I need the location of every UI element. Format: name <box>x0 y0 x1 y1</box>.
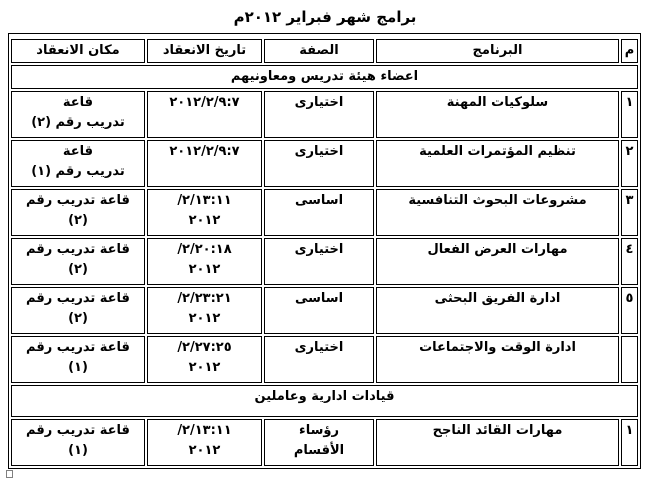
program-text: تنظيم المؤتمرات العلمية <box>379 142 616 162</box>
header-cell-program: البرنامج <box>376 39 619 63</box>
program-cell: مهارات العرض الفعال <box>376 238 619 285</box>
type-text: اختيارى <box>267 338 371 358</box>
num-text: ٣ <box>624 191 635 211</box>
table-row: ١ سلوكيات المهنة اختيارى ٢٠١٢/٢/٩:٧ قاعة… <box>11 91 638 138</box>
date-cell: ٢٠١٢/٢/٩:٧ <box>147 91 262 138</box>
place-text-line2: تدريب رقم (١) <box>14 162 142 182</box>
date-cell: /٢/١٣:١١٢٠١٢ <box>147 419 262 466</box>
type-text: اختيارى <box>267 93 371 113</box>
date-text: /٢/٢٧:٢٥ <box>150 338 259 358</box>
table-row: ادارة الوقت والاجتماعات اختيارى /٢/٢٧:٢٥… <box>11 336 638 383</box>
date-cell: ٢٠١٢/٢/٩:٧ <box>147 140 262 187</box>
date-text: /٢/٢٠:١٨ <box>150 240 259 260</box>
type-text: اساسى <box>267 289 371 309</box>
program-cell: تنظيم المؤتمرات العلمية <box>376 140 619 187</box>
place-cell: قاعة تدريب رقم(١) <box>11 419 145 466</box>
num-text: ١ <box>624 93 635 113</box>
type-text: اختيارى <box>267 142 371 162</box>
section-faculty-label: اعضاء هيئة تدريس ومعاونيهم <box>14 67 635 87</box>
date-text-line2: ٢٠١٢ <box>150 211 259 231</box>
num-cell: ١ <box>621 419 638 466</box>
header-row: م البرنامج الصفة تاريخ الانعقاد مكان الا… <box>11 39 638 63</box>
date-cell: /٢/٢٧:٢٥٢٠١٢ <box>147 336 262 383</box>
num-cell: ٢ <box>621 140 638 187</box>
header-cell-num: م <box>621 39 638 63</box>
program-text: مهارات القائد الناجح <box>379 421 616 441</box>
table-row: ٥ ادارة الفريق البحثى اساسى /٢/٢٣:٢١٢٠١٢… <box>11 287 638 334</box>
table-row: ٣ مشروعات البحوث التنافسية اساسى /٢/١٣:١… <box>11 189 638 236</box>
program-text: ادارة الفريق البحثى <box>379 289 616 309</box>
type-text-line2: الأقسام <box>267 441 371 461</box>
program-text: سلوكيات المهنة <box>379 93 616 113</box>
place-text: قاعة تدريب رقم <box>14 289 142 309</box>
header-program-label: البرنامج <box>379 41 616 61</box>
num-cell: ١ <box>621 91 638 138</box>
type-text: اساسى <box>267 191 371 211</box>
type-cell: اختيارى <box>264 91 374 138</box>
section-row-faculty: اعضاء هيئة تدريس ومعاونيهم <box>11 65 638 89</box>
programs-table-frame: م البرنامج الصفة تاريخ الانعقاد مكان الا… <box>8 33 641 469</box>
place-text-line2: (١) <box>14 358 142 378</box>
place-text: قاعة تدريب رقم <box>14 191 142 211</box>
type-cell: اساسى <box>264 287 374 334</box>
type-text: رؤساء <box>267 421 371 441</box>
place-text: قاعة تدريب رقم <box>14 421 142 441</box>
place-cell: قاعةتدريب رقم (٢) <box>11 91 145 138</box>
place-cell: قاعة تدريب رقم(١) <box>11 336 145 383</box>
header-type-label: الصفة <box>267 41 371 61</box>
place-cell: قاعة تدريب رقم(٢) <box>11 287 145 334</box>
section-faculty-cell: اعضاء هيئة تدريس ومعاونيهم <box>11 65 638 89</box>
section-admin-label: قيادات ادارية وعاملين <box>14 387 635 407</box>
table-row: ٤ مهارات العرض الفعال اختيارى /٢/٢٠:١٨٢٠… <box>11 238 638 285</box>
date-cell: /٢/١٣:١١٢٠١٢ <box>147 189 262 236</box>
place-cell: قاعة تدريب رقم(٢) <box>11 189 145 236</box>
date-text: ٢٠١٢/٢/٩:٧ <box>150 142 259 162</box>
program-text: ادارة الوقت والاجتماعات <box>379 338 616 358</box>
num-text: ٤ <box>624 240 635 260</box>
date-text-line2: ٢٠١٢ <box>150 260 259 280</box>
num-text: ١ <box>624 421 635 441</box>
num-text: ٢ <box>624 142 635 162</box>
date-text: /٢/١٣:١١ <box>150 191 259 211</box>
page-title: برامج شهر فبراير ٢٠١٢م <box>0 7 650 27</box>
place-text: قاعة <box>14 93 142 113</box>
section-admin-cell: قيادات ادارية وعاملين <box>11 385 638 417</box>
program-cell: ادارة الوقت والاجتماعات <box>376 336 619 383</box>
program-cell: ادارة الفريق البحثى <box>376 287 619 334</box>
date-text-line2: ٢٠١٢ <box>150 441 259 461</box>
type-cell: اختيارى <box>264 336 374 383</box>
type-cell: اختيارى <box>264 140 374 187</box>
place-text: قاعة تدريب رقم <box>14 240 142 260</box>
place-cell: قاعةتدريب رقم (١) <box>11 140 145 187</box>
date-text-line2: ٢٠١٢ <box>150 309 259 329</box>
num-cell: ٣ <box>621 189 638 236</box>
type-cell: رؤساءالأقسام <box>264 419 374 466</box>
placeholder-box-glyph <box>6 470 13 478</box>
table-row: ١ مهارات القائد الناجح رؤساءالأقسام /٢/١… <box>11 419 638 466</box>
date-text-line2: ٢٠١٢ <box>150 358 259 378</box>
num-text: ٥ <box>624 289 635 309</box>
section-row-admin: قيادات ادارية وعاملين <box>11 385 638 417</box>
type-text: اختيارى <box>267 240 371 260</box>
header-cell-type: الصفة <box>264 39 374 63</box>
date-cell: /٢/٢٠:١٨٢٠١٢ <box>147 238 262 285</box>
place-text-line2: تدريب رقم (٢) <box>14 113 142 133</box>
num-cell <box>621 336 638 383</box>
place-text-line2: (٢) <box>14 260 142 280</box>
header-place-label: مكان الانعقاد <box>14 41 142 61</box>
program-text: مهارات العرض الفعال <box>379 240 616 260</box>
place-text-line2: (١) <box>14 441 142 461</box>
type-cell: اساسى <box>264 189 374 236</box>
num-cell: ٥ <box>621 287 638 334</box>
place-text-line2: (٢) <box>14 211 142 231</box>
header-num-label: م <box>624 41 635 61</box>
num-cell: ٤ <box>621 238 638 285</box>
date-cell: /٢/٢٣:٢١٢٠١٢ <box>147 287 262 334</box>
document-page: { "title": "برامج شهر فبراير ٢٠١٢م", "co… <box>0 0 650 489</box>
place-text: قاعة <box>14 142 142 162</box>
programs-table: م البرنامج الصفة تاريخ الانعقاد مكان الا… <box>9 37 640 468</box>
date-text: /٢/٢٣:٢١ <box>150 289 259 309</box>
program-cell: مشروعات البحوث التنافسية <box>376 189 619 236</box>
header-cell-place: مكان الانعقاد <box>11 39 145 63</box>
place-cell: قاعة تدريب رقم(٢) <box>11 238 145 285</box>
type-cell: اختيارى <box>264 238 374 285</box>
program-cell: مهارات القائد الناجح <box>376 419 619 466</box>
header-date-label: تاريخ الانعقاد <box>150 41 259 61</box>
place-text-line2: (٢) <box>14 309 142 329</box>
header-cell-date: تاريخ الانعقاد <box>147 39 262 63</box>
program-cell: سلوكيات المهنة <box>376 91 619 138</box>
date-text: ٢٠١٢/٢/٩:٧ <box>150 93 259 113</box>
date-text: /٢/١٣:١١ <box>150 421 259 441</box>
table-row: ٢ تنظيم المؤتمرات العلمية اختيارى ٢٠١٢/٢… <box>11 140 638 187</box>
place-text: قاعة تدريب رقم <box>14 338 142 358</box>
program-text: مشروعات البحوث التنافسية <box>379 191 616 211</box>
